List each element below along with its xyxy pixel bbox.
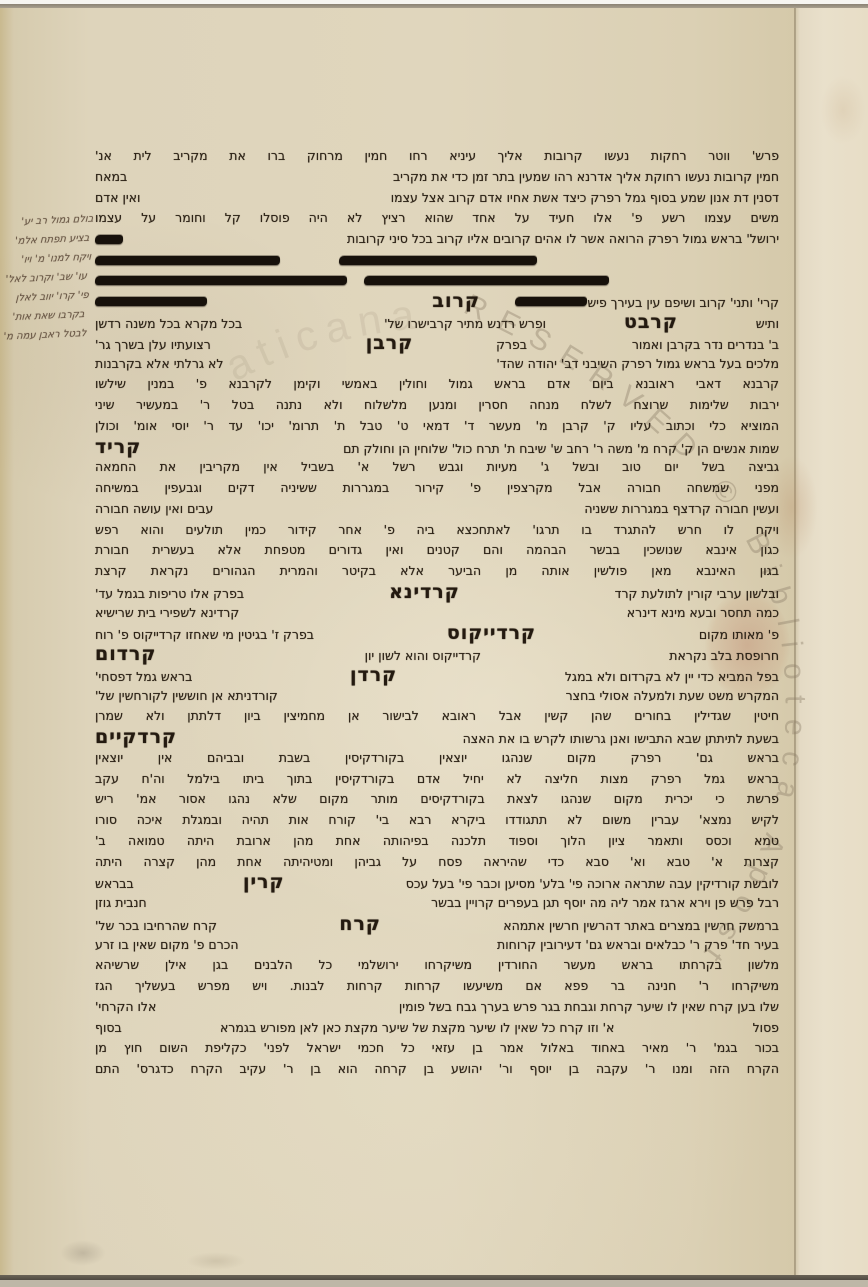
text-line: פ' מאותו מקוםקרדייקוסבפרק ז' בגיטין מי ש… xyxy=(95,623,779,644)
body-text: המקרש משט שעת ולמעלה אסולי בחצר xyxy=(566,686,779,707)
text-line: דסנין דת אנון שמע בסוף גמל רפרק כיצד אשת… xyxy=(95,188,779,209)
text-line: פסולא' וזו קרח כל שאין לו שיער מקצת של ש… xyxy=(95,1018,779,1039)
body-text: ותיש xyxy=(756,314,779,335)
body-text: רצועתיו עלן בשרך גר' xyxy=(95,335,211,356)
text-line: כמה תחסר ובעא מינא דינראקרדינא לשפירי בי… xyxy=(95,603,779,624)
body-text: שמות אנשים הן ק' קרח מ' משה ר' רחב ש' שי… xyxy=(343,439,779,460)
censored-line xyxy=(339,256,537,265)
body-text: ב' בנדרים נדר בקרבן ואמור xyxy=(632,335,779,356)
body-text: א' וזו קרח כל שאין לו שיער מקצת של שיער … xyxy=(220,1018,614,1039)
body-text: קרדינא לשפירי בית שרישיא xyxy=(95,603,239,624)
scanned-manuscript-page: { "colors": { "paper": "#ddd3ba", "ink":… xyxy=(0,0,868,1287)
text-line: מלכים בעל בראש גמול רפרק השיבני דב' יהוד… xyxy=(95,354,779,375)
text-line: חיטין שגדילין בחורים שהן קשין אבל ראובא … xyxy=(95,706,779,727)
text-line: משים עצמו רשע פ' אלו חעיד על אחד שהוא רצ… xyxy=(95,208,779,229)
text-line: לובשת קורדיקין עבה שתראה ארוכה פי' בלע' … xyxy=(95,872,779,893)
entry-headword: קרדן xyxy=(350,665,397,686)
body-text: ובלשון ערבי קורין לתולעת קרד xyxy=(615,584,779,605)
body-text: בכל מקרא בכל משנה רדשן xyxy=(95,314,242,335)
entry-headword: קרבט xyxy=(624,312,678,333)
text-line xyxy=(95,250,779,271)
text-line: ירושל' בראש גמול רפרק הרואה אשר לו אהים … xyxy=(95,229,779,250)
body-text: חמין קרובות נעשו רחוקת אליך אדרנא רהו שמ… xyxy=(393,167,779,188)
entry-headword: קריד xyxy=(95,437,141,458)
text-line: הקרח הזה ומנו ר' עקבה בן יוסף ור' יהושע … xyxy=(95,1059,779,1080)
text-line: ברמשק חרשין במצרים באתר דהרשין חרשין אתמ… xyxy=(95,914,779,935)
entry-headword: קרדייקוס xyxy=(447,623,536,644)
body-text: פ' מאותו מקום xyxy=(699,625,779,646)
body-text: בראש גמל דפסחי' xyxy=(95,667,192,688)
body-text: הכרם פ' מקום שאין בו זרע xyxy=(95,935,239,956)
body-text: ברמשק חרשין במצרים באתר דהרשין חרשין אתמ… xyxy=(503,916,779,937)
entry-headword: קרוב xyxy=(432,291,480,312)
body-text: בסוף xyxy=(95,1018,122,1039)
text-line: שמות אנשים הן ק' קרח מ' משה ר' רחב ש' שי… xyxy=(95,437,779,458)
text-line: המוציא כלי וכתוב עליו ק' קרבן מ' מעשר ד'… xyxy=(95,416,779,437)
body-text: עבים ואין עושה חבורה xyxy=(95,499,213,520)
text-line: פרשת כי יכרית מקום שנהגו לצאת בקורדקיסים… xyxy=(95,789,779,810)
censored-line xyxy=(95,276,347,285)
body-text: פסול xyxy=(753,1018,779,1039)
censored-line xyxy=(95,256,280,265)
body-text: דסנין דת אנון שמע בסוף גמל רפרק כיצד אשת… xyxy=(391,188,779,209)
body-text: בעיר חד' פרק ר' כבלאים ובראש גם' דעירובי… xyxy=(497,935,779,956)
text-line: בראש גם' רפרק מקום שנהגו יוצאין בקורדקיס… xyxy=(95,748,779,769)
text-line: משיקרחו ר' חנינה בר פפא אם משיעשו קרחות … xyxy=(95,976,779,997)
entry-headword: קרדינא xyxy=(389,582,460,603)
text-line: קרי' ותני' קרוב ושיפם עין בעירך פישקרוב xyxy=(95,291,779,312)
body-text: בפל המביא כדי יין לא בקרדום ולא במגל xyxy=(565,667,779,688)
censored-line xyxy=(364,276,609,285)
body-text: חרופסת בלב נקראת xyxy=(669,646,779,667)
marginal-annotation: בולם גמול רב יע'בציע תפתח אלמ'ויקח למנו'… xyxy=(0,209,94,347)
text-line: רבל פרש פן וירא ארגז אמר ליה מה יוסף תגן… xyxy=(95,893,779,914)
body-text: חנבית גוזן xyxy=(95,893,147,914)
text-line: בכור בגמ' ר' מאיר באחוד באלול אמר בן עזא… xyxy=(95,1038,779,1059)
text-line: ב' בנדרים נדר בקרבן ואמורבפרקקרבןרצועתיו… xyxy=(95,333,779,354)
body-text: לובשת קורדיקין עבה שתראה ארוכה פי' בלע' … xyxy=(406,874,779,895)
manuscript-body: פרש' ווטר רחקות נעשו קרובות אליך עיניא ר… xyxy=(95,146,779,1080)
body-text: ירושל' בראש גמול רפרק הרואה אשר לו אהים … xyxy=(347,229,779,250)
censored-line xyxy=(95,297,207,306)
body-text: רבל פרש פן וירא ארגז אמר ליה מה יוסף תגן… xyxy=(431,893,779,914)
text-line: ובלשון ערבי קורין לתולעת קרדקרדינאבפרק א… xyxy=(95,582,779,603)
body-text: לא גרלתי אלא בקרבנות xyxy=(95,354,224,375)
text-line: טמא וכסס ותאמר ציון הלוך וספוד תלכנה בפי… xyxy=(95,831,779,852)
body-text: ואין אדם xyxy=(95,188,140,209)
text-line: פרש' ווטר רחקות נעשו קרובות אליך עיניא ר… xyxy=(95,146,779,167)
text-line: בראש גמל רפרק מצות חליצה לא יחיל אדם בקו… xyxy=(95,769,779,790)
text-line: לקיש נמצא' עברין משום לא תתגודדו ביקרא ר… xyxy=(95,810,779,831)
body-text: קרח שהרחיבו בכר של' xyxy=(95,916,217,937)
text-line: כגון אינבא שנושכין בבשר הבהמה והם קטנים … xyxy=(95,540,779,561)
body-text: בבראש xyxy=(95,874,134,895)
text-line: ועשין חבורה קרדצף במגררות ששניהעבים ואין… xyxy=(95,499,779,520)
text-line: חמין קרובות נעשו רחוקת אליך אדרנא רהו שמ… xyxy=(95,167,779,188)
text-line: ותישקרבטופרש רדנש מתיר קרבישרו של'בכל מק… xyxy=(95,312,779,333)
body-text: שלו בען קרח שאין לו שיער קרחת וגבחת בגר … xyxy=(399,997,779,1018)
text-line: מלשון בקרחתו בראש מעשר החורדין משיקרחו י… xyxy=(95,955,779,976)
entry-headword: קרח xyxy=(339,914,380,935)
text-line: חרופסת בלב נקראתקרדייקוס והוא לשון יוןקר… xyxy=(95,644,779,665)
text-line: מפני שמשחה חבורה אבל מקרצפין פ' קירור במ… xyxy=(95,478,779,499)
text-line: ירבות שלימות שרוצח לשלח מנחה חסרין ומנען… xyxy=(95,395,779,416)
text-line: גביצה בשל יום טוב ובשל ג' מעיות וגבש רשל… xyxy=(95,457,779,478)
text-line: שלו בען קרח שאין לו שיער קרחת וגבחת בגר … xyxy=(95,997,779,1018)
body-text: כמה תחסר ובעא מינא דינרא xyxy=(627,603,779,624)
body-text: בפרק xyxy=(496,335,527,356)
text-line: המקרש משט שעת ולמעלה אסולי בחצרקורדניתא … xyxy=(95,686,779,707)
censored-line xyxy=(515,297,587,306)
entry-headword: קרין xyxy=(243,872,285,893)
entry-headword: קרדקיים xyxy=(95,727,177,748)
body-text: בשעת לתיתתן שבא התבישו ואנן גרשותו לקרש … xyxy=(463,729,779,750)
text-line: בעיר חד' פרק ר' כבלאים ובראש גם' דעירובי… xyxy=(95,935,779,956)
body-text: מלכים בעל בראש גמול רפרק השיבני דב' יהוד… xyxy=(496,354,779,375)
body-text: קורדניתא אן חוששין לקורחשין של' xyxy=(95,686,278,707)
body-text: אלו הקרחי' xyxy=(95,997,156,1018)
text-line: קצרות א' טבא וא' סבא כדי שהיראה פסח על ג… xyxy=(95,852,779,873)
body-text: קרי' ותני' קרוב ושיפם עין בעירך פיש xyxy=(587,293,779,314)
body-text: בפרק אלו טריפות בגמל עד' xyxy=(95,584,244,605)
text-line: קרבנא דאבי ראובנא ביום אדם בראש גמול וחו… xyxy=(95,374,779,395)
scan-background-bottom xyxy=(0,1280,868,1287)
censored-line xyxy=(95,235,123,244)
text-line xyxy=(95,271,779,292)
entry-headword: קרדום xyxy=(95,644,156,665)
adjacent-page-edge xyxy=(794,8,868,1275)
text-line: בשעת לתיתתן שבא התבישו ואנן גרשותו לקרש … xyxy=(95,727,779,748)
body-text: ועשין חבורה קרדצף במגררות ששניה xyxy=(584,499,779,520)
body-text: במאח xyxy=(95,167,127,188)
text-line: בגון האינבא מאן פולשין אותה מן הביער אלא… xyxy=(95,561,779,582)
text-line: ויקח לו חרש להתגרד בו תרגו' לאתחכצא ביה … xyxy=(95,520,779,541)
text-line: בפל המביא כדי יין לא בקרדום ולא במגלקרדן… xyxy=(95,665,779,686)
entry-headword: קרבן xyxy=(366,333,414,354)
